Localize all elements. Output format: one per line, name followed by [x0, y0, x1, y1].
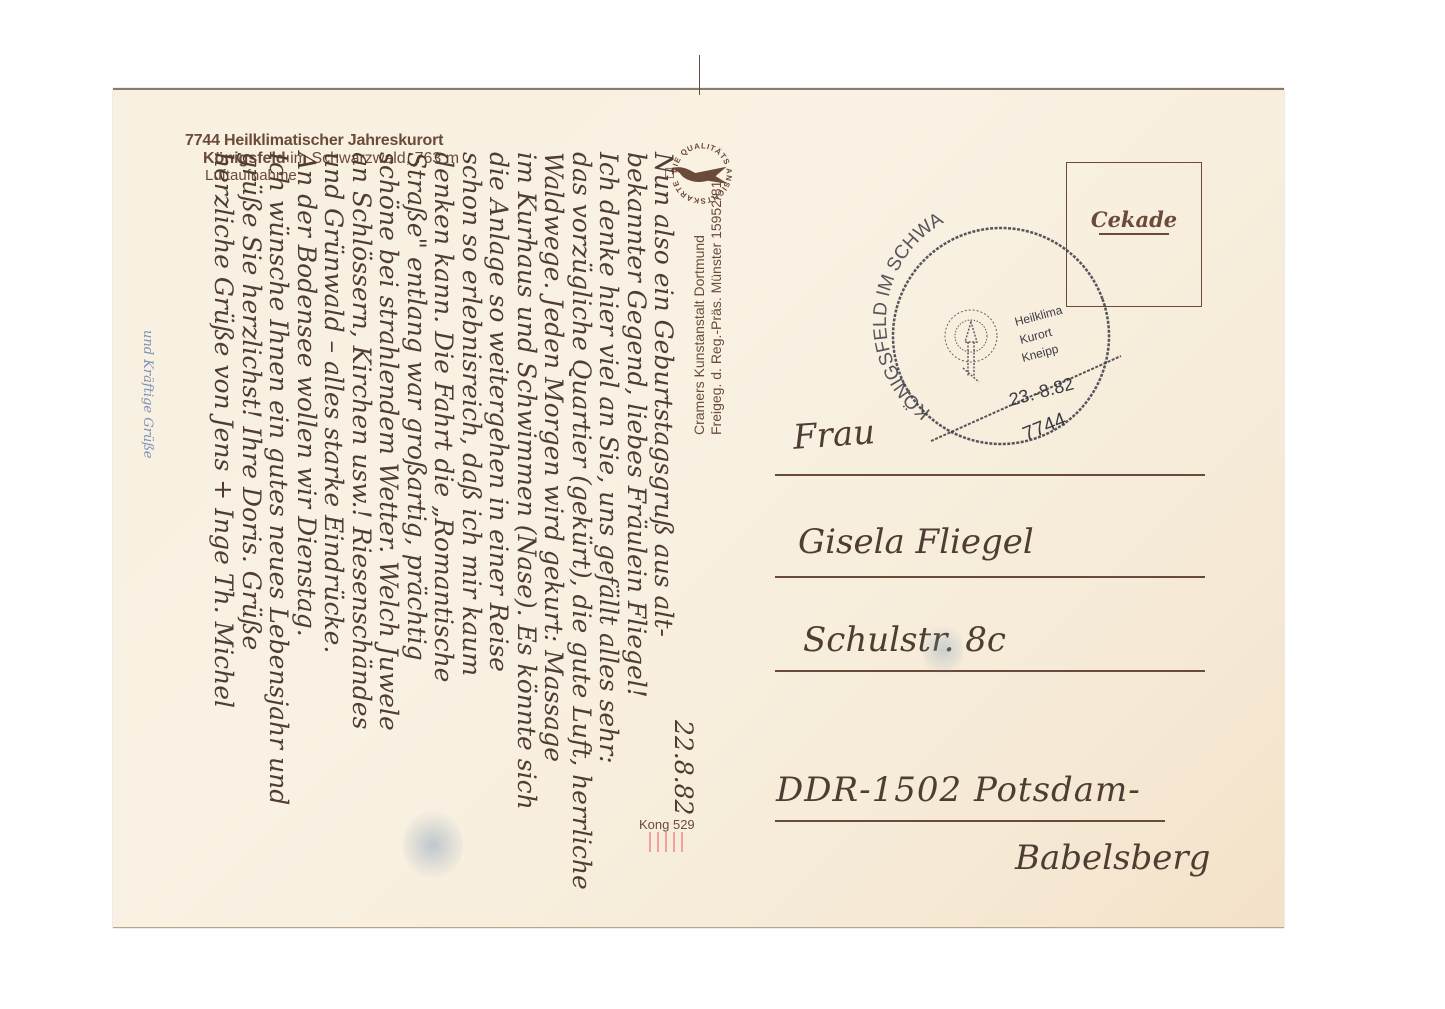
message-date: 22.8.82 [669, 720, 698, 815]
address-line-2 [775, 576, 1205, 578]
message-line: Ich wünsche Ihnen ein gutes neues Lebens… [264, 152, 293, 805]
message-line: bekannter Gegend, liebes Fräulein Fliege… [622, 152, 651, 698]
sorting-marks [649, 832, 683, 852]
message-line: an Schlössern, Kirchen usw.! Riesenschän… [347, 152, 376, 729]
publisher-approval: Freigeg. d. Reg.-Präs. Münster 15952/81 [708, 105, 725, 435]
message-line: im Kurhaus und Schwimmen (Nase). Es könn… [512, 152, 541, 810]
publisher-name: Cramers Kunstanstalt Dortmund [691, 105, 708, 435]
header-title: 7744 Heilklimatischer Jahreskurort [185, 132, 443, 150]
message-line: die Anlage so weitergehen in einer Reise [484, 152, 513, 672]
divider [699, 55, 700, 95]
ink-smudge [923, 620, 963, 680]
message-line: grüße Sie herzlichst! Ihre Doris. Grüße [237, 152, 266, 650]
card-code: Kong 529 [639, 817, 695, 832]
publisher-imprint: Cramers Kunstanstalt Dortmund Freigeg. d… [691, 105, 725, 435]
message-line: das vorzügliche Quartier (gekürt), die g… [567, 152, 596, 890]
postmark: KÖNIGSFELD IM SCHWA Heilklima Kurort Kne… [871, 196, 1131, 456]
postcard: 7744 Heilklimatischer Jahreskurort König… [113, 88, 1284, 928]
message-line: Waldwege. Jeden Morgen wird gekurt: Mass… [539, 152, 568, 762]
message-blue-note: und Kräftige Grüße [140, 330, 155, 459]
address-salutation: Frau [792, 412, 877, 458]
ink-smudge [403, 810, 463, 880]
message-line: schöne bei strahlendem Wetter. Welch Juw… [374, 152, 403, 731]
address-district: Babelsberg [1015, 838, 1210, 878]
svg-text:7744: 7744 [1020, 409, 1070, 446]
address-name: Gisela Fliegel [798, 522, 1034, 562]
message-line: Ich denke hier viel an Sie, uns gefällt … [594, 152, 623, 764]
message-line: und Grünwald – alles starke Eindrücke. [319, 152, 348, 653]
message-line: Nun also ein Geburtstagsgruß aus alt- [649, 152, 678, 637]
address-line-4 [775, 820, 1165, 822]
svg-text:Heilklima: Heilklima [1013, 303, 1064, 329]
address-line-1 [775, 474, 1205, 476]
message-line: denken kann. Die Fahrt die „Romantische [429, 152, 458, 682]
address-line-3 [775, 670, 1205, 672]
candle-icon [945, 310, 997, 382]
svg-text:23.-8.82: 23.-8.82 [1007, 373, 1076, 409]
address-street: Schulstr. 8c [803, 620, 1006, 660]
message-line: herzliche Grüße von Jens + Inge Th. Mich… [209, 152, 238, 708]
message-line: Straße" entlang war großartig, prächtig [402, 152, 431, 661]
address-city: DDR-1502 Potsdam- [776, 770, 1141, 810]
message-line: An der Bodensee wollen wir Dienstag. [292, 152, 321, 637]
svg-text:KÖNIGSFELD IM SCHWA: KÖNIGSFELD IM SCHWA [871, 208, 947, 423]
message-line: schon so erlebnisreich, daß ich mir kaum [457, 152, 486, 676]
